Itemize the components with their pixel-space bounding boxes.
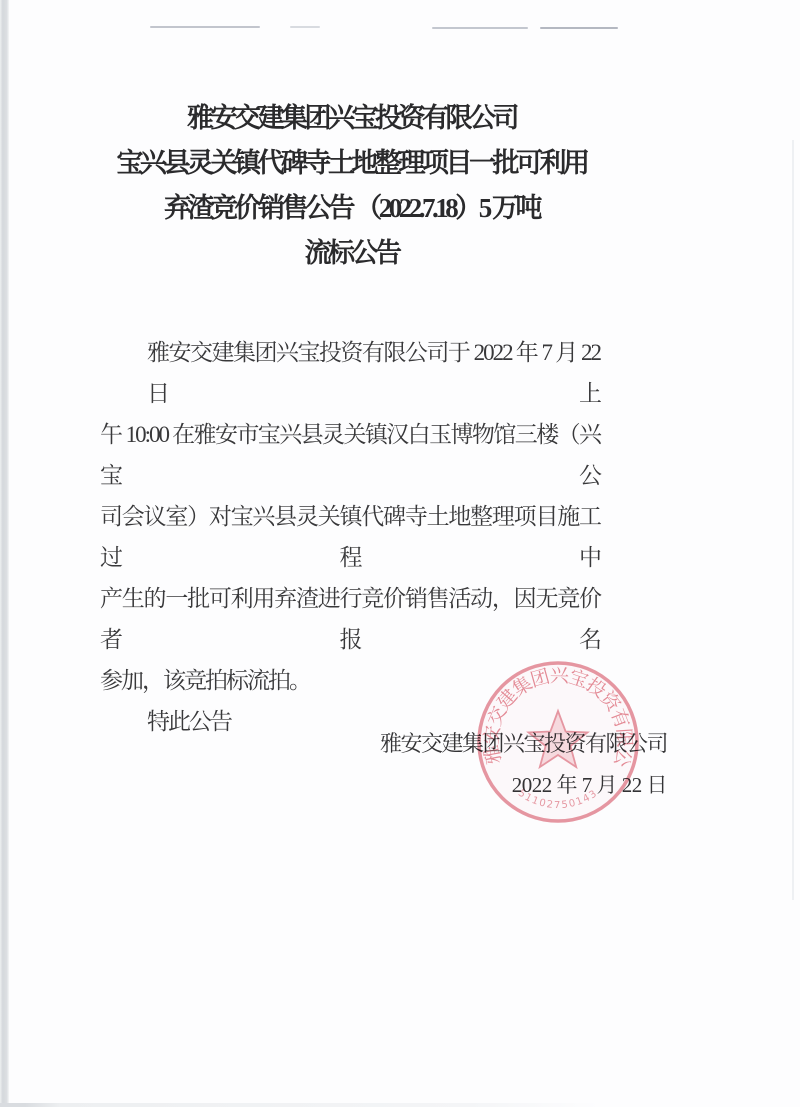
scan-edge-bottom (0, 1103, 800, 1107)
document-title: 雅安交建集团兴宝投资有限公司 宝兴县灵关镇代碑寺土地整理项目一批可利用 弃渣竞价… (100, 96, 603, 276)
title-line-2: 宝兴县灵关镇代碑寺土地整理项目一批可利用 (100, 141, 603, 186)
title-line-3: 弃渣竞价销售公告 （2022.7.18）5 万吨 (100, 186, 603, 231)
scanned-document-page: 雅安交建集团兴宝投资有限公司 宝兴县灵关镇代碑寺土地整理项目一批可利用 弃渣竞价… (0, 0, 800, 1107)
scan-artifact-line (150, 26, 260, 28)
body-line: 司会议室）对宝兴县灵关镇代碑寺土地整理项目施工过程中 (100, 496, 600, 578)
body-line: 午 10:00 在雅安市宝兴县灵关镇汉白玉博物馆三楼（兴宝公 (100, 414, 600, 496)
scan-artifact-line (540, 27, 618, 29)
scan-artifact-line (432, 27, 528, 29)
title-line-4: 流标公告 (100, 231, 603, 276)
scan-edge-right (792, 140, 794, 900)
body-line: 雅安交建集团兴宝投资有限公司于 2022 年 7 月 22 日上 (100, 332, 600, 414)
scan-artifact-line (290, 26, 320, 28)
company-seal-stamp: 雅安交建集团兴宝投资有限公司 51102750143 (450, 630, 670, 860)
title-line-1: 雅安交建集团兴宝投资有限公司 (100, 96, 603, 141)
scan-edge-left (0, 0, 9, 1107)
